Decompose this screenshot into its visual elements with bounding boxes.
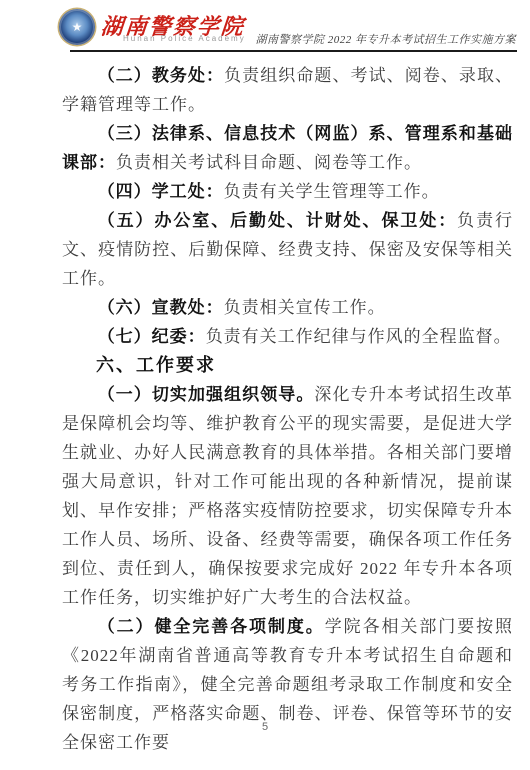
paragraph: （一）切实加强组织领导。深化专升本考试招生改革是保障机会均等、维护教育公平的现实… <box>62 380 513 612</box>
paragraph-label: （一）切实加强组织领导。 <box>98 385 315 404</box>
section-heading: 六、工作要求 <box>62 351 513 380</box>
paragraph-text: 负责相关宣传工作。 <box>224 298 386 317</box>
paragraph: （二）健全完善各项制度。学院各相关部门要按照《2022年湖南省普通高等教育专升本… <box>62 612 513 757</box>
paragraph-text: 负责相关考试科目命题、阅卷等工作。 <box>116 153 422 172</box>
police-badge-icon: ★ <box>59 9 95 45</box>
paragraph-label: （二）教务处： <box>98 66 224 85</box>
paragraph: （二）教务处：负责组织命题、考试、阅卷、录取、学籍管理等工作。 <box>62 61 513 119</box>
paragraph: （四）学工处：负责有关学生管理等工作。 <box>62 177 513 206</box>
paragraph-text: 深化专升本考试招生改革是保障机会均等、维护教育公平的现实需要，是促进大学生就业、… <box>62 385 513 607</box>
badge-star-icon: ★ <box>72 21 83 33</box>
paragraph-label: （二）健全完善各项制度。 <box>98 617 325 636</box>
document-body: （二）教务处：负责组织命题、考试、阅卷、录取、学籍管理等工作。（三）法律系、信息… <box>62 61 513 757</box>
paragraph-label: （五）办公室、后勤处、计财处、保卫处： <box>98 211 457 230</box>
paragraph: （三）法律系、信息技术（网监）系、管理系和基础课部：负责相关考试科目命题、阅卷等… <box>62 119 513 177</box>
paragraph-label: （四）学工处： <box>98 182 224 201</box>
paragraph: （六）宣教处：负责相关宣传工作。 <box>62 293 513 322</box>
paragraph: （五）办公室、后勤处、计财处、保卫处：负责行文、疫情防控、后勤保障、经费支持、保… <box>62 206 513 293</box>
paragraph-text: 负责有关工作纪律与作风的全程监督。 <box>206 327 512 346</box>
paragraph-label: （六）宣教处： <box>98 298 224 317</box>
running-title: 湖南警察学院 2022 年专升本考试招生工作实施方案 <box>256 31 517 47</box>
header-divider <box>70 50 517 52</box>
academy-name-en: Hunan Police Academy <box>123 34 246 43</box>
page-number: 5 <box>0 721 530 733</box>
paragraph-label: （七）纪委： <box>98 327 206 346</box>
paragraph: （七）纪委：负责有关工作纪律与作风的全程监督。 <box>62 322 513 351</box>
paragraph-text: 负责有关学生管理等工作。 <box>224 182 440 201</box>
document-page: ★ 湖南警察学院 Hunan Police Academy 湖南警察学院 202… <box>0 0 530 770</box>
paragraph-label: 六、工作要求 <box>96 355 216 375</box>
